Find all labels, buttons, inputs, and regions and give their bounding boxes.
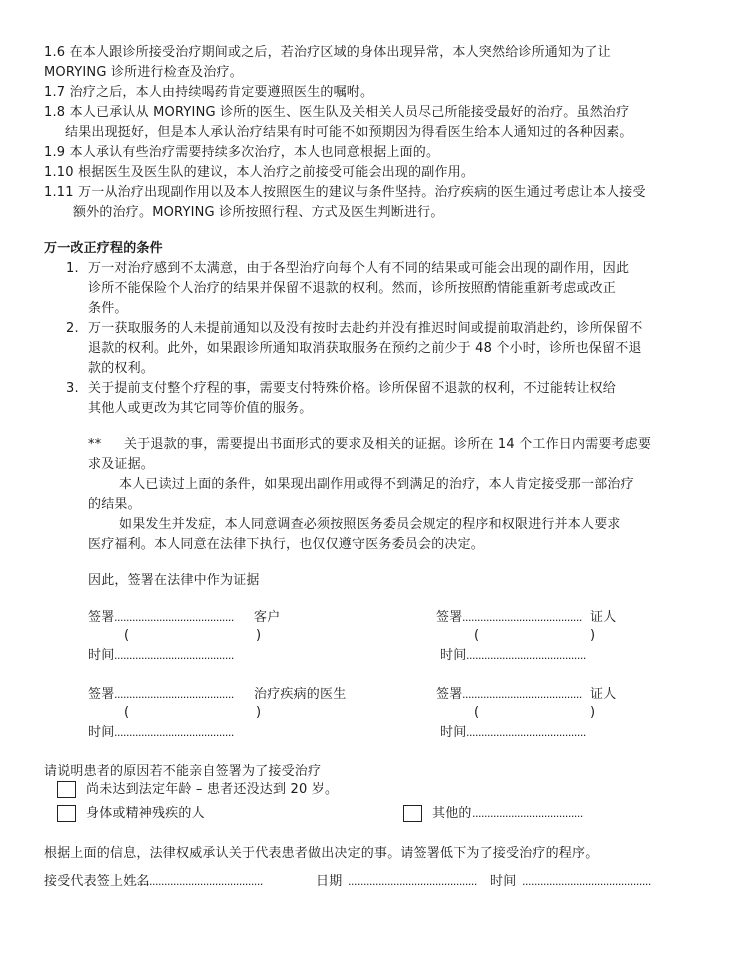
witness-role: 证人 [590, 609, 616, 627]
other-reason-field[interactable]: ..................................... [472, 805, 590, 823]
open-paren: ( [124, 704, 129, 722]
condition-1-line-1: 万一对治疗感到不太满意，由于各型治疗向每个人有不同的结果或可能会出现的副作用，因… [88, 260, 629, 278]
date-label: 日期 [316, 873, 342, 891]
term-1-8-line-1: 1.8 本人已承认从 MORYING 诊所的医生、医生队及关相关人员尽己所能接受… [44, 104, 629, 122]
date-field[interactable]: ........................................… [348, 873, 486, 891]
doctor-role: 治疗疾病的医生 [254, 686, 346, 704]
refund-note-line-1: 关于退款的事，需要提出书面形式的要求及相关的证据。诊所在 14 个工作日内需要考… [124, 436, 651, 454]
condition-3-number: 3. [66, 380, 79, 398]
other-label: 其他的 [432, 805, 472, 823]
time-label: 时间 [440, 724, 466, 742]
condition-1-number: 1. [66, 260, 79, 278]
sign-label: 签署 [88, 686, 114, 704]
refund-marker: ** [88, 436, 101, 454]
time-label: 时间 [88, 724, 114, 742]
open-paren: ( [124, 627, 129, 645]
close-paren: ) [590, 704, 595, 722]
open-paren: ( [474, 704, 479, 722]
witness-2-time-field[interactable]: ........................................ [466, 724, 606, 742]
time-label: 时间 [490, 873, 516, 891]
term-1-8-line-2: 结果出现挺好，但是本人承认治疗结果有时可能不如预期因为得看医生给本人通知过的各种… [65, 124, 633, 142]
close-paren: ) [256, 627, 261, 645]
acknowledge-line-2: 的结果。 [88, 496, 141, 514]
sign-label: 签署 [436, 686, 462, 704]
term-1-11-line-1: 1.11 万一从治疗出现副作用以及本人按照医生的建议与条件坚持。治疗疾病的医生通… [44, 184, 646, 202]
condition-3-line-1: 关于提前支付整个疗程的事，需要支付特殊价格。诊所保留不退款的权利，不过能转让权给 [88, 380, 616, 398]
close-paren: ) [590, 627, 595, 645]
authority-text: 根据上面的信息，法律权威承认关于代表患者做出决定的事。请签署低下为了接受治疗的程… [44, 845, 598, 863]
condition-2-line-3: 款的权利。 [88, 360, 154, 378]
witness-role: 证人 [590, 686, 616, 704]
term-1-6-line-2: MORYING 诊所进行检查及治疗。 [44, 64, 243, 82]
client-time-field[interactable]: ........................................ [114, 647, 254, 665]
complication-line-2: 医疗福利。本人同意在法律下执行，也仅仅遵守医务委员会的决定。 [88, 536, 484, 554]
open-paren: ( [474, 627, 479, 645]
condition-2-line-2: 退款的权利。此外，如果跟诊所通知取消获取服务在预约之前少于 48 个小时，诊所也… [88, 340, 642, 358]
disabled-checkbox[interactable] [57, 805, 76, 822]
time-label: 时间 [88, 647, 114, 665]
underage-checkbox[interactable] [57, 781, 76, 798]
underage-label: 尚未达到法定年龄 – 患者还没达到 20 岁。 [86, 781, 338, 799]
term-1-9: 1.9 本人承认有些治疗需要持续多次治疗，本人也同意根据上面的。 [44, 144, 439, 162]
term-1-10: 1.10 根据医生及医生队的建议，本人治疗之前接受可能会出现的副作用。 [44, 164, 474, 182]
evidence-statement: 因此，签署在法律中作为证据 [88, 572, 260, 590]
witness-1-signature-field[interactable]: ........................................ [462, 609, 590, 627]
doctor-signature-field[interactable]: ........................................ [114, 686, 254, 704]
client-signature-field[interactable]: ........................................ [114, 609, 254, 627]
acknowledge-line-1: 本人已读过上面的条件，如果现出副作用或得不到满足的治疗，本人肯定接受那一部治疗 [119, 476, 634, 494]
time-label: 时间 [440, 647, 466, 665]
disabled-label: 身体或精神残疾的人 [86, 805, 205, 823]
witness-2-signature-field[interactable]: ........................................ [462, 686, 590, 704]
sign-label: 签署 [436, 609, 462, 627]
proxy-prompt: 请说明患者的原因若不能亲自签署为了接受治疗 [44, 763, 321, 781]
condition-2-line-1: 万一获取服务的人未提前通知以及没有按时去赴约并没有推迟时间或提前取消赴约，诊所保… [88, 320, 642, 338]
refund-note-line-2: 求及证据。 [88, 456, 154, 474]
term-1-11-line-2: 额外的治疗。MORYING 诊所按照行程、方式及医生判断进行。 [73, 204, 444, 222]
condition-3-line-2: 其他人或更改为其它同等价值的服务。 [88, 400, 312, 418]
condition-1-line-3: 条件。 [88, 300, 128, 318]
witness-1-time-field[interactable]: ........................................ [466, 647, 606, 665]
client-role: 客户 [254, 609, 280, 627]
other-checkbox[interactable] [403, 805, 422, 822]
conditions-heading: 万一改正疗程的条件 [44, 240, 163, 258]
condition-2-number: 2. [66, 320, 79, 338]
term-1-6-line-1: 1.6 在本人跟诊所接受治疗期间或之后，若治疗区域的身体出现异常，本人突然给诊所… [44, 44, 611, 62]
complication-line-1: 如果发生并发症，本人同意调查必须按照医务委员会规定的程序和权限进行并本人要求 [119, 516, 621, 534]
time-field[interactable]: ........................................… [522, 873, 656, 891]
sign-label: 签署 [88, 609, 114, 627]
close-paren: ) [256, 704, 261, 722]
term-1-7: 1.7 治疗之后，本人由持续喝药肯定要遵照医生的嘱咐。 [44, 84, 373, 102]
proxy-name-field[interactable]: ........................................… [134, 873, 310, 891]
condition-1-line-2: 诊所不能保险个人治疗的结果并保留不退款的权利。然而，诊所按照酌情能重新考虑或改正 [88, 280, 616, 298]
doctor-time-field[interactable]: ........................................ [114, 724, 254, 742]
